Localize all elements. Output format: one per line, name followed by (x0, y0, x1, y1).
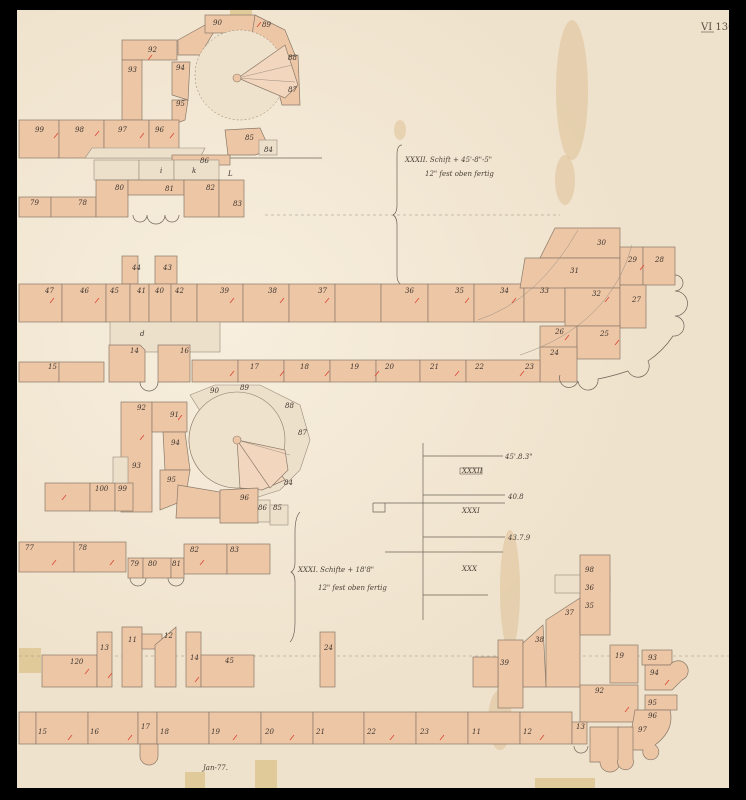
room-number: 88 (285, 402, 294, 410)
room-number: 21 (315, 728, 325, 736)
room-number: 14 (190, 654, 199, 662)
room-number: 19 (211, 728, 220, 736)
room-number: 19 (350, 363, 359, 371)
room-number: 100 (95, 485, 109, 493)
room-number: 17 (141, 723, 150, 731)
room-number: 98 (585, 566, 594, 574)
room-number: 34 (500, 287, 509, 295)
room-number: 91 (170, 411, 179, 419)
room-number: 85 (245, 134, 254, 142)
room-number: 80 (115, 184, 124, 192)
room-number: 35 (585, 602, 594, 610)
room-number: 85 (273, 504, 282, 512)
room-number: 45 (224, 657, 234, 665)
tape-strip (535, 778, 595, 788)
room-number: 40 (154, 287, 164, 295)
room-number: 98 (75, 126, 84, 134)
room-number: 38 (268, 287, 277, 295)
room-number: 95 (176, 100, 185, 108)
room-number: 77 (25, 544, 34, 552)
room-number: 15 (38, 728, 47, 736)
room-number: 78 (78, 544, 87, 552)
room-number: 16 (90, 728, 99, 736)
room-number: 17 (250, 363, 259, 371)
room-number: 90 (210, 387, 219, 395)
room-number: 16 (180, 347, 189, 355)
tape-strip (185, 772, 205, 788)
room-number: 93 (132, 462, 141, 470)
room-number: 36 (585, 584, 594, 592)
floor-plan-drawing: 90 89 88 87 92 93 94 95 85 84 99 98 97 9… (17, 10, 729, 788)
water-stain (500, 530, 520, 650)
room-number: 87 (298, 429, 307, 437)
room-number: 33 (540, 287, 549, 295)
room-letter: d (140, 330, 145, 338)
room-number: 82 (206, 184, 215, 192)
room-number: 26 (554, 328, 564, 336)
water-stain (555, 155, 575, 205)
room-number: 92 (137, 404, 146, 412)
room-number: 80 (148, 560, 157, 568)
room-number: 22 (366, 728, 376, 736)
room-number: 19 (615, 652, 624, 660)
catalog-mark: VI 136 (700, 22, 729, 33)
room-number: 94 (171, 439, 180, 447)
tape-strip (255, 760, 277, 788)
room-number: 86 (258, 504, 267, 512)
room-number: 41 (136, 287, 146, 295)
room-number: 28 (654, 256, 664, 264)
brace-note: 12" fest oben fertig (318, 584, 387, 592)
room-number: 92 (595, 687, 604, 695)
tape-strip (19, 648, 41, 673)
section-label: XXX (461, 565, 478, 573)
room-number: 42 (174, 287, 184, 295)
room-number: 21 (429, 363, 439, 371)
room-number: 96 (648, 712, 657, 720)
room-number: 22 (474, 363, 484, 371)
room-number: 86 (200, 157, 209, 165)
room-number: 13 (576, 723, 585, 731)
room-number: 29 (627, 256, 637, 264)
room-letter: i (160, 167, 162, 175)
room-number: 90 (213, 19, 222, 27)
room-number: 36 (405, 287, 414, 295)
room-number: 79 (130, 560, 139, 568)
room-number: 43 (162, 264, 172, 272)
section-level: 40.8 (507, 493, 524, 501)
room-number: 13 (100, 644, 109, 652)
room-number: 12 (164, 632, 173, 640)
room-number: 97 (638, 726, 647, 734)
room-number: 12 (523, 728, 532, 736)
water-stain (556, 20, 588, 160)
room-number: 11 (472, 728, 481, 736)
room-number: 38 (535, 636, 544, 644)
room-number: 27 (631, 296, 641, 304)
room-number: 45 (109, 287, 119, 295)
room-number: 23 (524, 363, 534, 371)
room-number: 96 (240, 494, 249, 502)
room-number: 24 (323, 644, 333, 652)
room-number: 83 (230, 546, 239, 554)
room-number: 81 (165, 185, 174, 193)
room-number: 89 (262, 21, 271, 29)
section-label: XXXII (461, 467, 483, 475)
room-number: 84 (264, 146, 273, 154)
brace-note: 12" fest oben fertig (425, 170, 494, 178)
room-number: 47 (44, 287, 54, 295)
brace-mark (290, 512, 300, 642)
room-number: 88 (288, 54, 297, 62)
room-number: 78 (78, 199, 87, 207)
room-number: 81 (172, 560, 181, 568)
room-number: 11 (128, 636, 137, 644)
room-number: 83 (233, 200, 242, 208)
section-label: XXXI (461, 507, 480, 515)
room-letter: L (227, 170, 233, 178)
room-number: 95 (648, 699, 657, 707)
room-number: 37 (318, 287, 327, 295)
signature: Jan-77. (201, 764, 228, 772)
room-number: 30 (597, 239, 606, 247)
room-number: 120 (70, 658, 84, 666)
room-number: 24 (549, 349, 559, 357)
room-number: 25 (599, 330, 609, 338)
room-number: 32 (592, 290, 601, 298)
plan-lower-left: 92 91 90 89 88 87 94 93 95 96 86 85 84 1… (19, 384, 310, 586)
room-number: 97 (118, 126, 127, 134)
water-stain (394, 120, 406, 140)
room-number: 14 (130, 347, 139, 355)
brace-note: XXXI. Schifte + 18'8" (297, 566, 374, 574)
section-level: 45'.8.3" (504, 453, 532, 461)
plan-middle: 44 43 47 46 45 41 42 40 39 38 37 36 35 3… (19, 228, 688, 391)
room-number: 92 (148, 46, 157, 54)
room-number: 94 (650, 669, 659, 677)
room-number: 82 (190, 546, 199, 554)
room-number: 46 (79, 287, 89, 295)
room-number: 99 (118, 485, 127, 493)
room-letter: k (192, 167, 196, 175)
room-number: 93 (128, 66, 137, 74)
room-number: 99 (35, 126, 44, 134)
room-number: 37 (565, 609, 574, 617)
drawing-sheet: 90 89 88 87 92 93 94 95 85 84 99 98 97 9… (17, 10, 729, 788)
room-number: 31 (570, 267, 579, 275)
room-number: 39 (220, 287, 229, 295)
room-number: 96 (155, 126, 164, 134)
room-number: 87 (288, 86, 297, 94)
room-number: 20 (384, 363, 394, 371)
room-number: 35 (455, 287, 464, 295)
room-number: 94 (176, 64, 185, 72)
room-number: 15 (48, 363, 57, 371)
plan-upper: 90 89 88 87 92 93 94 95 85 84 99 98 97 9… (19, 15, 322, 224)
room-number: 89 (240, 384, 249, 392)
room-number: 18 (300, 363, 309, 371)
room-number: 44 (131, 264, 141, 272)
room-number: 93 (648, 654, 657, 662)
room-number: 20 (264, 728, 274, 736)
room-number: 18 (160, 728, 169, 736)
section-level: 43.7.9 (507, 534, 531, 542)
room-number: 39 (500, 659, 509, 667)
room-number: 84 (284, 479, 293, 487)
room-number: 23 (419, 728, 429, 736)
room-number: 79 (30, 199, 39, 207)
brace-note: XXXII. Schift + 45'-8"-5" (404, 156, 492, 164)
room-number: 95 (167, 476, 176, 484)
